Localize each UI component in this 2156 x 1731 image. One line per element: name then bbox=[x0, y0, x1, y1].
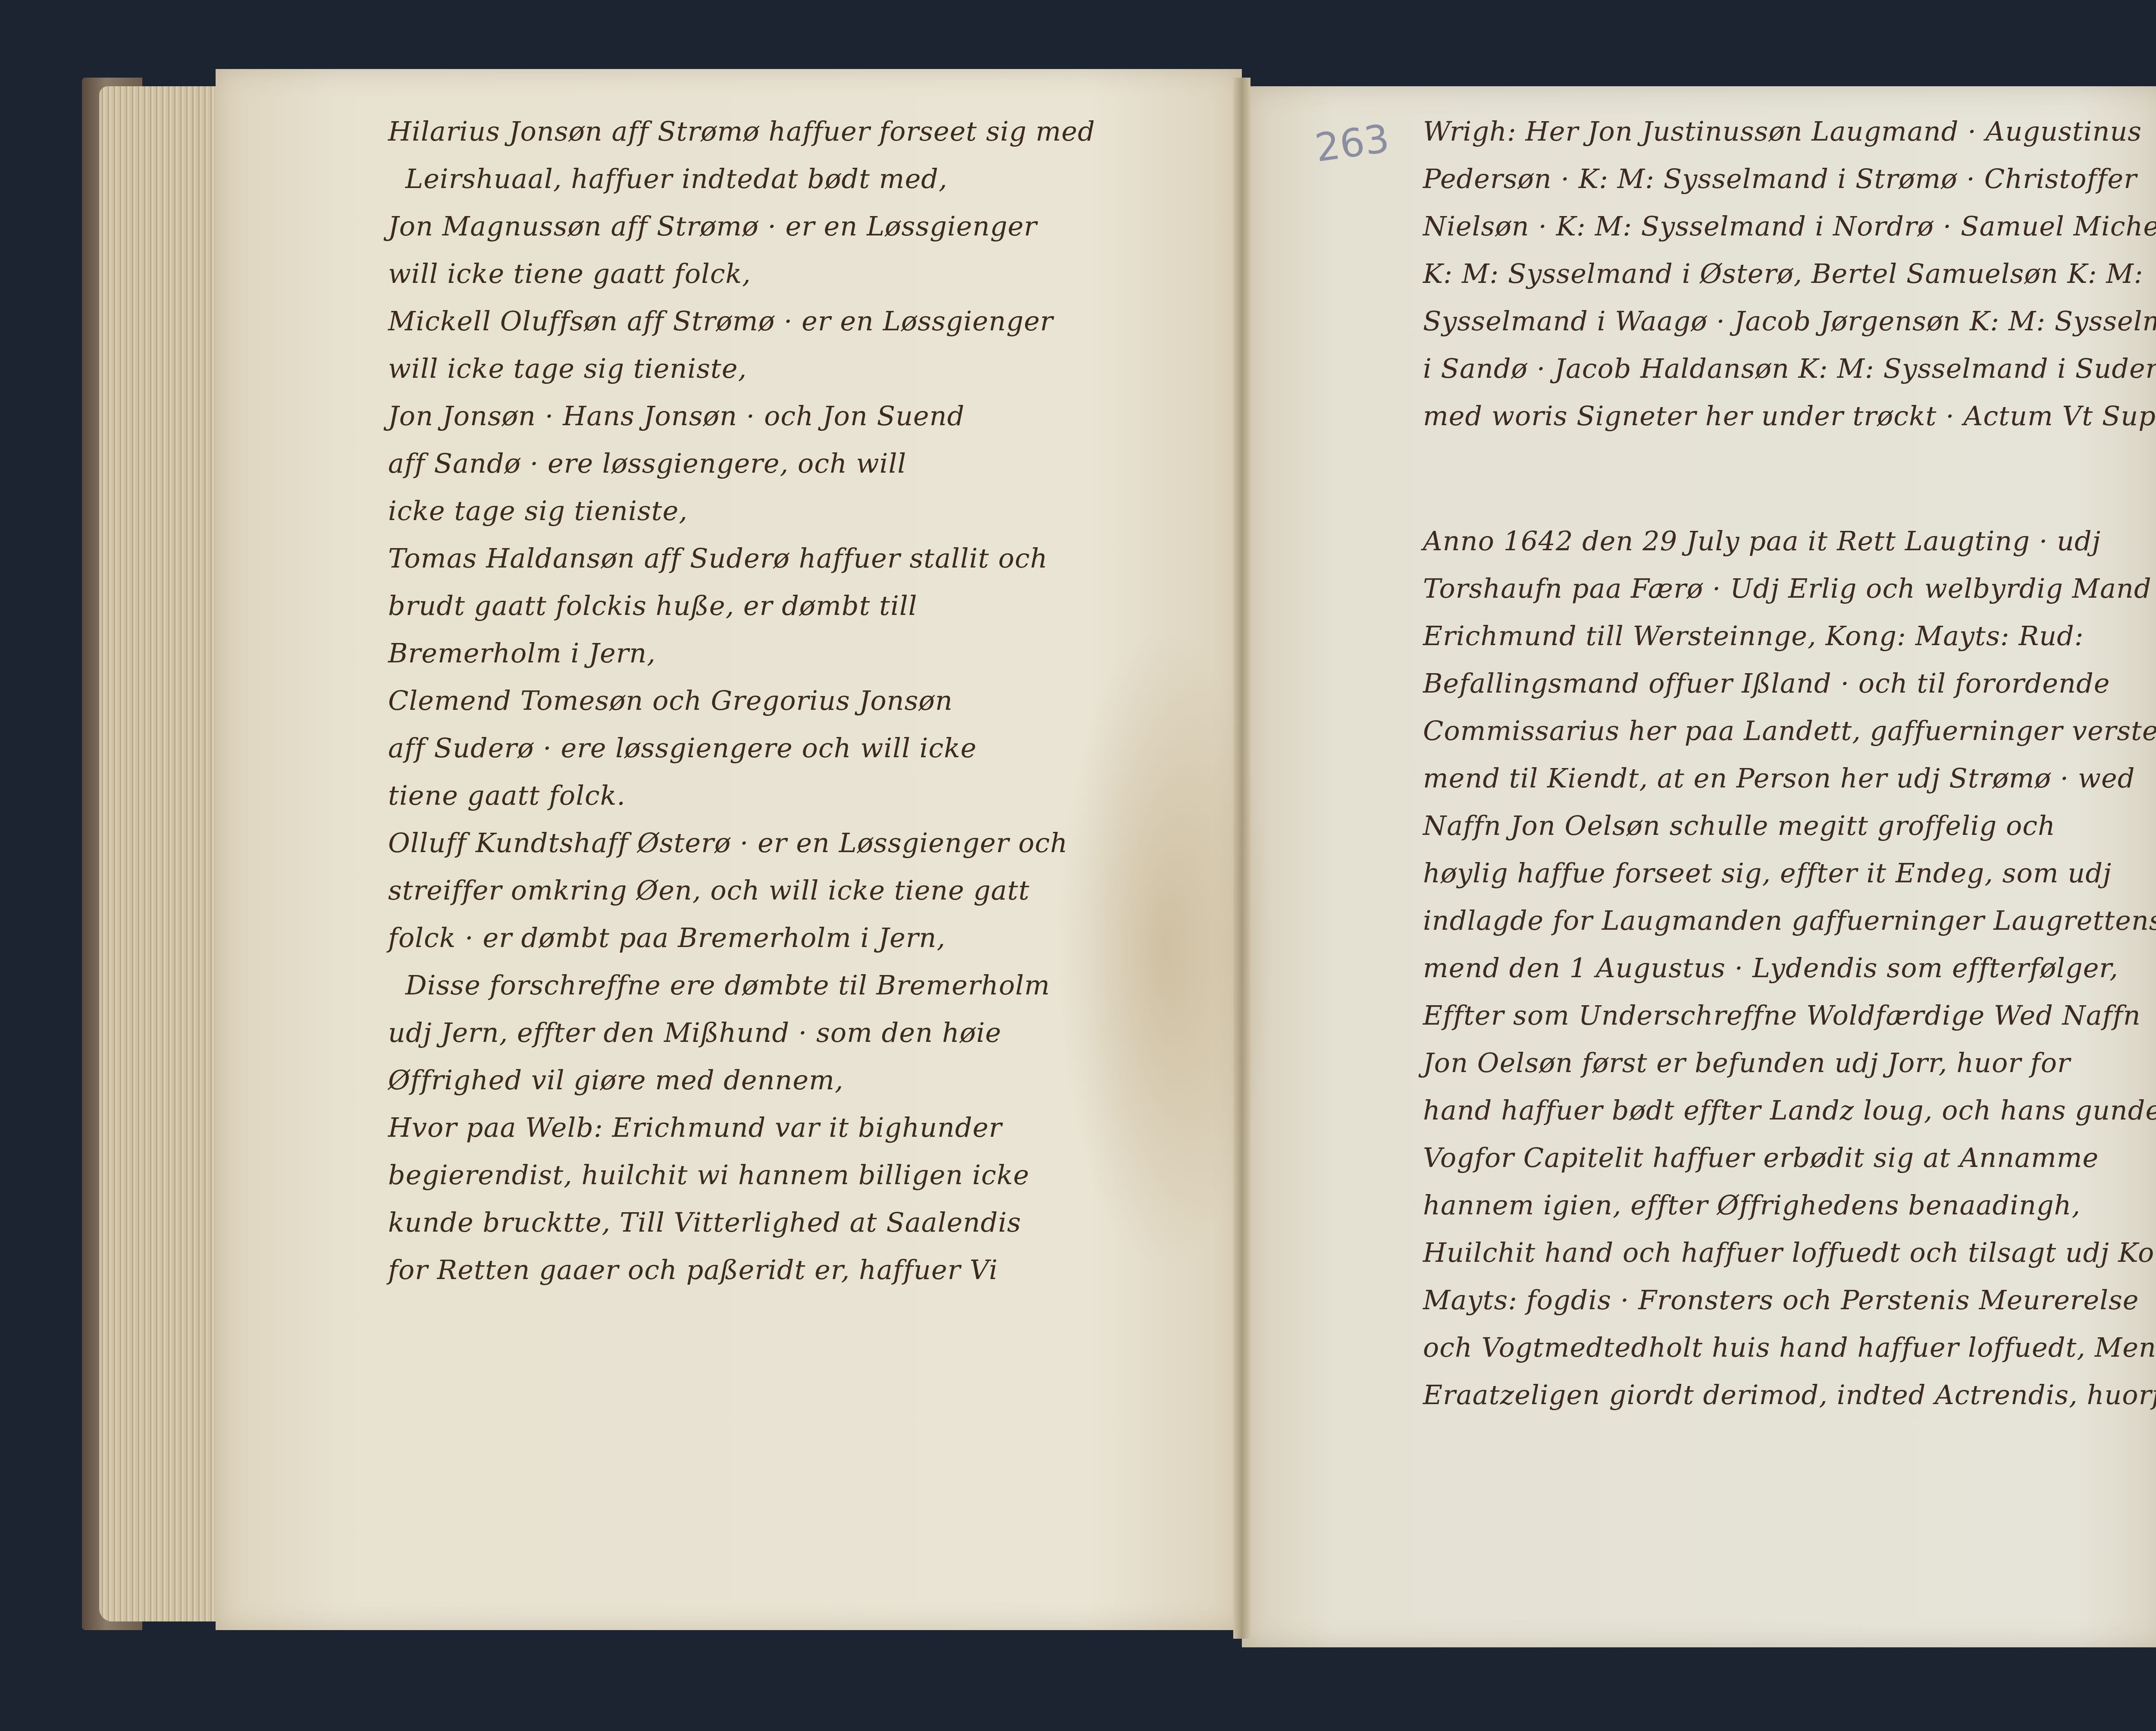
manuscript-line: Befallingsmand offuer Ißland · och til f… bbox=[1423, 660, 2156, 707]
manuscript-line: Eraatzeligen giordt derimod, indted Actr… bbox=[1423, 1371, 2156, 1419]
left-page-edges bbox=[99, 86, 220, 1621]
manuscript-line: Jon Jonsøn · Hans Jonsøn · och Jon Suend bbox=[388, 392, 1095, 440]
manuscript-line: i Sandø · Jacob Haldansøn K: M: Sysselma… bbox=[1423, 345, 2156, 392]
right-page-text: Wrigh: Her Jon Justinussøn Laugmand · Au… bbox=[1423, 108, 2156, 1419]
manuscript-line: Olluff Kundtshaff Østerø · er en Løssgie… bbox=[388, 819, 1095, 867]
manuscript-line: Mickell Oluffsøn aff Strømø · er en Løss… bbox=[388, 298, 1095, 345]
manuscript-line: Leirshuaal, haffuer indtedat bødt med, bbox=[388, 155, 1095, 203]
manuscript-line: med woris Signeter her under trøckt · Ac… bbox=[1423, 392, 2156, 440]
manuscript-line: Jon Magnussøn aff Strømø · er en Løssgie… bbox=[388, 203, 1095, 250]
manuscript-line: Bremerholm i Jern, bbox=[388, 630, 1095, 677]
manuscript-line: Nielsøn · K: M: Sysselmand i Nordrø · Sa… bbox=[1423, 203, 2156, 250]
manuscript-line: Commissarius her paa Landett, gaffuernin… bbox=[1423, 707, 2156, 755]
manuscript-line: mend den 1 Augustus · Lydendis som effte… bbox=[1423, 944, 2156, 992]
manuscript-line: hannem igien, effter Øffrighedens benaad… bbox=[1423, 1182, 2156, 1229]
manuscript-line: Jon Oelsøn først er befunden udj Jorr, h… bbox=[1423, 1039, 2156, 1087]
manuscript-line: Anno 1642 den 29 July paa it Rett Laugti… bbox=[1423, 517, 2156, 565]
manuscript-line: kunde brucktte, Till Vitterlighed at Saa… bbox=[388, 1199, 1095, 1246]
manuscript-line: tiene gaatt folck. bbox=[388, 772, 1095, 819]
manuscript-line: Erichmund till Wersteinnge, Kong: Mayts:… bbox=[1423, 612, 2156, 660]
manuscript-line: icke tage sig tieniste, bbox=[388, 487, 1095, 535]
manuscript-line: Effter som Underschreffne Woldfærdige We… bbox=[1423, 992, 2156, 1039]
manuscript-line: Torshaufn paa Færø · Udj Erlig och welby… bbox=[1423, 565, 2156, 612]
manuscript-line: Disse forschreffne ere dømbte til Bremer… bbox=[388, 962, 1095, 1009]
manuscript-line: will icke tage sig tieniste, bbox=[388, 345, 1095, 392]
manuscript-line: K: M: Sysselmand i Østerø, Bertel Samuel… bbox=[1423, 250, 2156, 298]
manuscript-line: brudt gaatt folckis huße, er dømbt till bbox=[388, 582, 1095, 630]
manuscript-line: udj Jern, effter den Mißhund · som den h… bbox=[388, 1009, 1095, 1057]
manuscript-line: Wrigh: Her Jon Justinussøn Laugmand · Au… bbox=[1423, 108, 2156, 155]
manuscript-line: Hilarius Jonsøn aff Strømø haffuer forse… bbox=[388, 108, 1095, 155]
manuscript-line: Øffrighed vil giøre med dennem, bbox=[388, 1057, 1095, 1104]
manuscript-line: begierendist, huilchit wi hannem billige… bbox=[388, 1151, 1095, 1199]
manuscript-line: Vogfor Capitelit haffuer erbødit sig at … bbox=[1423, 1134, 2156, 1182]
manuscript-line: høylig haffue forseet sig, effter it End… bbox=[1423, 850, 2156, 897]
manuscript-line: aff Sandø · ere løssgiengere, och will bbox=[388, 440, 1095, 487]
manuscript-line: Sysselmand i Waagø · Jacob Jørgensøn K: … bbox=[1423, 298, 2156, 345]
manuscript-line: mend til Kiendt, at en Person her udj St… bbox=[1423, 755, 2156, 802]
manuscript-line: Naffn Jon Oelsøn schulle megitt groffeli… bbox=[1423, 802, 2156, 850]
manuscript-spacer bbox=[1423, 440, 2156, 517]
manuscript-line: Tomas Haldansøn aff Suderø haffuer stall… bbox=[388, 535, 1095, 582]
manuscript-line: aff Suderø · ere løssgiengere och will i… bbox=[388, 724, 1095, 772]
manuscript-line: streiffer omkring Øen, och will icke tie… bbox=[388, 867, 1095, 914]
manuscript-line: Mayts: fogdis · Fronsters och Perstenis … bbox=[1423, 1276, 2156, 1324]
manuscript-line: hand haffuer bødt effter Landz loug, och… bbox=[1423, 1087, 2156, 1134]
manuscript-line: och Vogtmedtedholt huis hand haffuer lof… bbox=[1423, 1324, 2156, 1371]
manuscript-line: indlagde for Laugmanden gaffuerninger La… bbox=[1423, 897, 2156, 944]
manuscript-line: Hvor paa Welb: Erichmund var it bighunde… bbox=[388, 1104, 1095, 1151]
left-page-text: Hilarius Jonsøn aff Strømø haffuer forse… bbox=[388, 108, 1095, 1294]
manuscript-line: Pedersøn · K: M: Sysselmand i Strømø · C… bbox=[1423, 155, 2156, 203]
open-book: 263 Hilarius Jonsøn aff Strømø haffuer f… bbox=[0, 0, 2156, 1731]
manuscript-line: folck · er dømbt paa Bremerholm i Jern, bbox=[388, 914, 1095, 962]
manuscript-line: Clemend Tomesøn och Gregorius Jonsøn bbox=[388, 677, 1095, 724]
manuscript-line: Huilchit hand och haffuer loffuedt och t… bbox=[1423, 1229, 2156, 1276]
manuscript-line: will icke tiene gaatt folck, bbox=[388, 250, 1095, 298]
manuscript-line: for Retten gaaer och paßeridt er, haffue… bbox=[388, 1246, 1095, 1294]
